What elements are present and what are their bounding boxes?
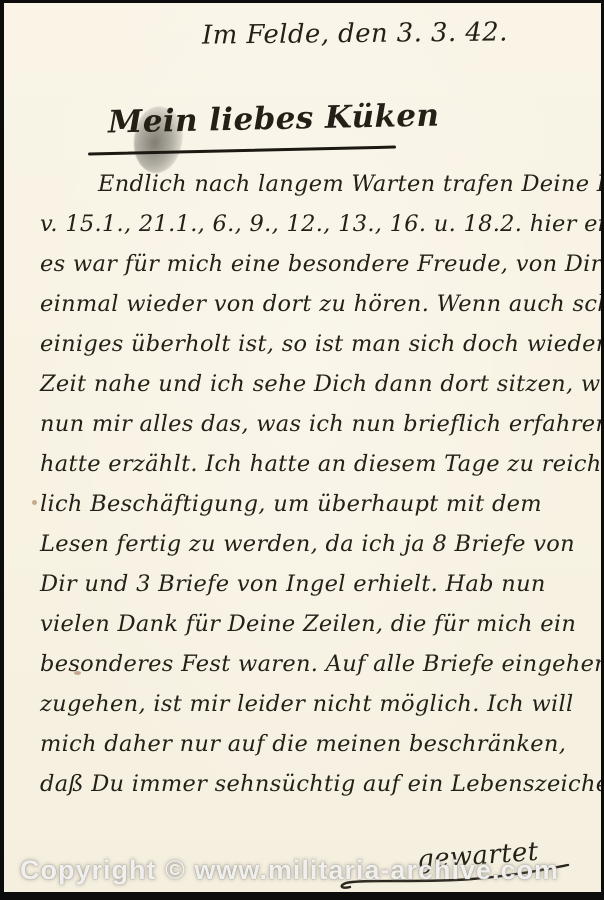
handwritten-line: Zeit nahe und ich sehe Dich dann dort si… <box>40 371 588 411</box>
handwritten-line: daß Du immer sehnsüchtig auf ein Lebensz… <box>40 771 588 811</box>
letter-scan: Im Felde, den 3. 3. 42. Mein liebes Küke… <box>0 0 604 900</box>
handwritten-line: lich Beschäftigung, um überhaupt mit dem <box>40 491 588 531</box>
handwritten-line: vielen Dank für Deine Zeilen, die für mi… <box>40 611 588 651</box>
watermark: Copyright © www.militaria-archive.com <box>20 855 559 886</box>
letter-body: Endlich nach langem Warten trafen Deine … <box>40 171 588 811</box>
handwritten-line: Dir und 3 Briefe von Ingel erhielt. Hab … <box>40 571 588 611</box>
paper-speck <box>32 500 37 505</box>
handwritten-line: Lesen fertig zu werden, da ich ja 8 Brie… <box>40 531 588 571</box>
handwritten-line: einmal wieder von dort zu hören. Wenn au… <box>40 291 588 331</box>
handwritten-line: zugehen, ist mir leider nicht möglich. I… <box>40 691 588 731</box>
handwritten-line: einiges überholt ist, so ist man sich do… <box>40 331 588 371</box>
handwritten-line: v. 15.1., 21.1., 6., 9., 12., 13., 16. u… <box>40 211 588 251</box>
handwritten-line: hatte erzählt. Ich hatte an diesem Tage … <box>40 451 588 491</box>
handwritten-line: Endlich nach langem Warten trafen Deine … <box>40 171 588 211</box>
handwritten-line: nun mir alles das, was ich nun brieflich… <box>40 411 588 451</box>
salutation: Mein liebes Küken <box>108 98 440 141</box>
handwritten-line: besonderes Fest waren. Auf alle Briefe e… <box>40 651 588 691</box>
handwritten-line: es war für mich eine besondere Freude, v… <box>40 251 588 291</box>
dateline: Im Felde, den 3. 3. 42. <box>202 17 508 50</box>
paper-speck <box>74 671 81 675</box>
handwritten-line: mich daher nur auf die meinen beschränke… <box>40 731 588 771</box>
